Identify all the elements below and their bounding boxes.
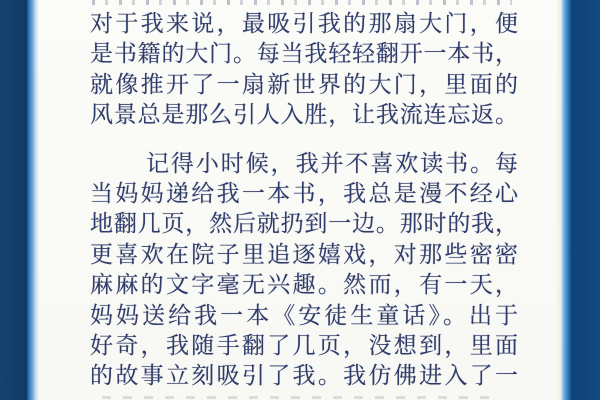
text-line: 当妈妈递给我一本书，我总是漫不经心: [90, 179, 518, 209]
left-cover-edge: [0, 0, 26, 400]
text-line: 就像推开了一扇新世界的大门，里面的: [90, 70, 518, 100]
text-line: 对于我来说，最吸引我的那扇大门，便: [90, 9, 518, 39]
text-line: 妈妈送给我一本《安徒生童话》。出于: [90, 301, 518, 331]
paragraph-1: 对于我来说，最吸引我的那扇大门，便 是书籍的大门。每当我轻轻翻开一本书， 就像推…: [90, 9, 518, 131]
text-line: 地翻几页，然后就扔到一边。那时的我，: [90, 209, 518, 239]
right-page-edge-highlight: [560, 0, 572, 400]
text-line: 好奇，我随手翻了几页，没想到，里面: [90, 331, 518, 361]
essay-text: 对于我来说，最吸引我的那扇大门，便 是书籍的大门。每当我轻轻翻开一本书， 就像推…: [90, 9, 518, 392]
paragraph-2: 记得小时候，我并不喜欢读书。每 当妈妈递给我一本书，我总是漫不经心 地翻几页，然…: [90, 149, 518, 392]
left-page-edge-highlight: [26, 0, 39, 400]
right-cover-edge: [572, 0, 600, 400]
text-line: 更喜欢在院子里追逐嬉戏，对那些密密: [90, 240, 518, 270]
text-line: 风景总是那么引人入胜，让我流连忘返。: [90, 100, 518, 130]
text-line: 是书籍的大门。每当我轻轻翻开一本书，: [90, 39, 518, 69]
clipped-next-line: [102, 396, 500, 399]
text-line: 记得小时候，我并不喜欢读书。每: [90, 149, 518, 179]
clipped-previous-line: [92, 0, 512, 5]
scanned-book-page: 对于我来说，最吸引我的那扇大门，便 是书籍的大门。每当我轻轻翻开一本书， 就像推…: [0, 0, 600, 400]
text-line: 的故事立刻吸引了我。我仿佛进入了一: [90, 361, 518, 391]
text-line: 麻麻的文字毫无兴趣。然而，有一天，: [90, 270, 518, 300]
screenshot-root: { "page": { "background_color": "#f9f8f4…: [0, 0, 600, 400]
